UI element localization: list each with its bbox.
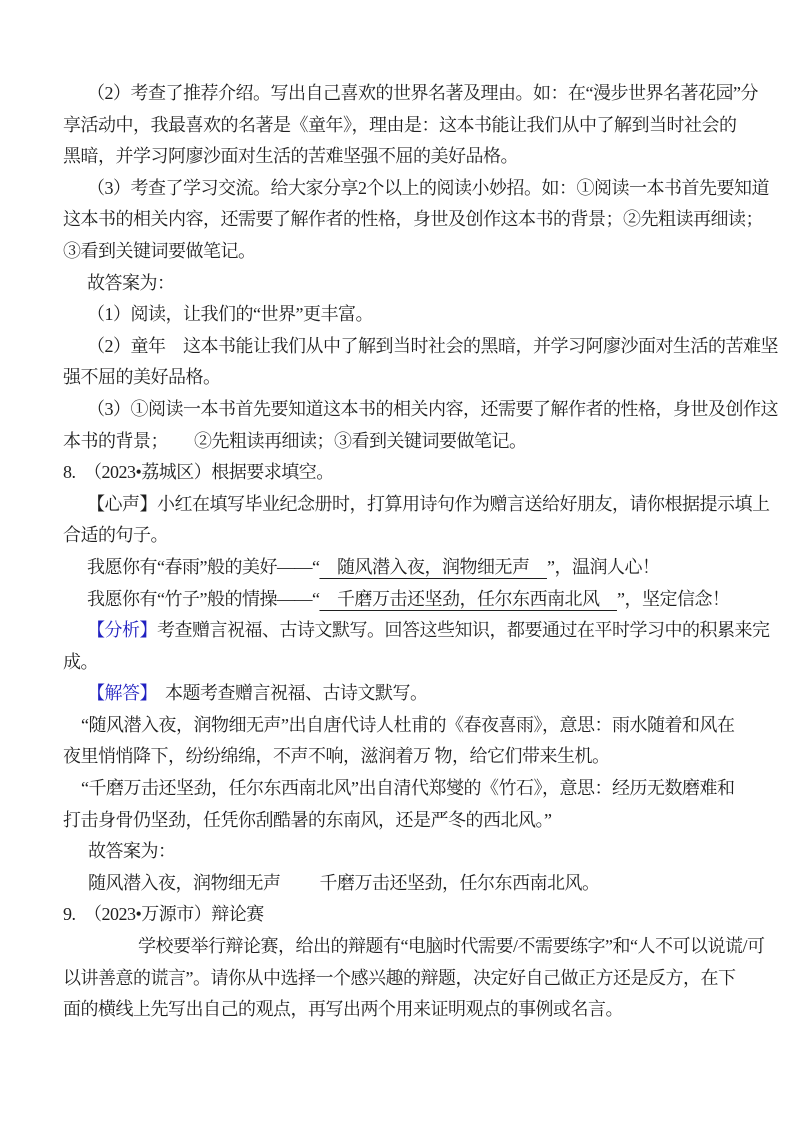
text-line-26: 随风潜入夜，润物细无声 千磨万击还坚劲，任尔东西南北风。	[63, 868, 763, 900]
document-page: （2）考查了推荐介绍。写出自己喜欢的世界名著及理由。如：在“漫步世界名著花园”分…	[0, 0, 794, 1123]
text-segment: 打击身骨仍坚劲，任凭你刮酷暑的东南风，还是严冬的西北风。”	[63, 810, 552, 830]
text-segment: 【心声】小红在填写毕业纪念册时，打算用诗句作为赠言送给好朋友，请你根据提示填上	[87, 494, 770, 514]
text-line-27: 9. （2023•万源市）辩论赛	[63, 899, 763, 931]
text-segment: 合适的句子。	[63, 525, 168, 545]
text-segment: 故答案为：	[87, 273, 175, 293]
text-segment: （1）阅读，让我们的“世界”更丰富。	[87, 304, 373, 324]
section-label: 【解答】	[87, 683, 157, 703]
text-line-11: （3）①阅读一本书首先要知道这本书的相关内容，还需要了解作者的性格，身世及创作这	[63, 394, 763, 426]
text-segment: 我愿你有“竹子”般的情操——“	[87, 589, 319, 609]
text-line-7: 故答案为：	[63, 268, 763, 300]
answer-blank-filled: 随风潜入夜，润物细无声	[319, 557, 547, 577]
text-line-19: 成。	[63, 647, 763, 679]
text-segment: “随风潜入夜，润物细无声”出自唐代诗人杜甫的《春夜喜雨》，意思：雨水随着和风在	[81, 715, 734, 735]
text-line-18: 【分析】考查赠言祝福、古诗文默写。回答这些知识，都要通过在平时学习中的积累来完	[63, 615, 763, 647]
text-segment: 学校要举行辩论赛，给出的辩题有“电脑时代需要/不需要练字”和“人不可以说谎/可	[138, 936, 764, 956]
answer-blank-filled: 千磨万击还坚劲，任尔东西南北风	[319, 589, 617, 609]
text-line-17: 我愿你有“竹子”般的情操——“ 千磨万击还坚劲，任尔东西南北风 ”，坚定信念！	[63, 584, 763, 616]
text-line-22: 夜里悄悄降下，纷纷绵绵，不声不响，滋润着万 物，给它们带来生机。	[63, 741, 763, 773]
text-segment: 面的横线上先写出自己的观点，再写出两个用来证明观点的事例或名言。	[63, 999, 623, 1019]
text-line-3: 黑暗，并学习阿廖沙面对生活的苦难坚强不屈的美好品格。	[63, 141, 763, 173]
text-segment: 我愿你有“春雨”般的美好——“	[87, 557, 319, 577]
text-segment: 黑暗，并学习阿廖沙面对生活的苦难坚强不屈的美好品格。	[63, 146, 518, 166]
text-segment: 这本书的相关内容，还需要了解作者的性格，身世及创作这本书的背景；②先粗读再细读；	[63, 209, 763, 229]
text-segment: 考查赠言祝福、古诗文默写。回答这些知识，都要通过在平时学习中的积累来完	[157, 620, 770, 640]
text-segment: 随风潜入夜，润物细无声 千磨万击还坚劲，任尔东西南北风。	[88, 873, 600, 893]
text-line-14: 【心声】小红在填写毕业纪念册时，打算用诗句作为赠言送给好朋友，请你根据提示填上	[63, 489, 763, 521]
text-line-10: 强不屈的美好品格。	[63, 362, 763, 394]
text-line-25: 故答案为：	[63, 836, 763, 868]
text-segment: 享活动中，我最喜欢的名著是《童年》，理由是：这本书能让我们从中了解到当时社会的	[63, 115, 737, 135]
text-line-13: 8. （2023•荔城区）根据要求填空。	[63, 457, 763, 489]
text-line-23: “千磨万击还坚劲，任尔东西南北风”出自清代郑燮的《竹石》，意思：经历无数磨难和	[63, 773, 763, 805]
text-line-15: 合适的句子。	[63, 520, 763, 552]
text-line-4: （3）考查了学习交流。给大家分享2个以上的阅读小妙招。如：①阅读一本书首先要知道	[63, 173, 763, 205]
text-line-2: 享活动中，我最喜欢的名著是《童年》，理由是：这本书能让我们从中了解到当时社会的	[63, 110, 763, 142]
text-line-21: “随风潜入夜，润物细无声”出自唐代诗人杜甫的《春夜喜雨》，意思：雨水随着和风在	[63, 710, 763, 742]
text-segment: （2）考查了推荐介绍。写出自己喜欢的世界名著及理由。如：在“漫步世界名著花园”分	[87, 83, 758, 103]
text-segment: 8. （2023•荔城区）根据要求填空。	[63, 462, 334, 482]
text-segment: 强不屈的美好品格。	[63, 367, 221, 387]
text-line-6: ③看到关键词要做笔记。	[63, 236, 763, 268]
text-segment: 9. （2023•万源市）辩论赛	[63, 904, 264, 924]
text-segment: 成。	[63, 652, 98, 672]
text-segment: 本书的背景； ②先粗读再细读；③看到关键词要做笔记。	[63, 431, 527, 451]
text-line-20: 【解答】 本题考查赠言祝福、古诗文默写。	[63, 678, 763, 710]
text-line-1: （2）考查了推荐介绍。写出自己喜欢的世界名著及理由。如：在“漫步世界名著花园”分	[63, 78, 763, 110]
text-line-24: 打击身骨仍坚劲，任凭你刮酷暑的东南风，还是严冬的西北风。”	[63, 805, 763, 837]
text-segment: “千磨万击还坚劲，任尔东西南北风”出自清代郑燮的《竹石》，意思：经历无数磨难和	[81, 778, 734, 798]
text-segment: ”，坚定信念！	[617, 589, 730, 609]
document-body: （2）考查了推荐介绍。写出自己喜欢的世界名著及理由。如：在“漫步世界名著花园”分…	[63, 78, 763, 1026]
text-line-9: （2）童年 这本书能让我们从中了解到当时社会的黑暗，并学习阿廖沙面对生活的苦难坚	[63, 331, 763, 363]
text-segment: 以讲善意的谎言”。请你从中选择一个感兴趣的辩题，决定好自己做正方还是反方，在下	[63, 968, 736, 988]
section-label: 【分析】	[87, 620, 157, 640]
text-line-30: 面的横线上先写出自己的观点，再写出两个用来证明观点的事例或名言。	[63, 994, 763, 1026]
text-segment: 故答案为：	[88, 841, 176, 861]
text-line-8: （1）阅读，让我们的“世界”更丰富。	[63, 299, 763, 331]
text-segment: 夜里悄悄降下，纷纷绵绵，不声不响，滋润着万 物，给它们带来生机。	[63, 746, 610, 766]
text-segment: 本题考查赠言祝福、古诗文默写。	[157, 683, 428, 703]
text-segment: （2）童年 这本书能让我们从中了解到当时社会的黑暗，并学习阿廖沙面对生活的苦难坚	[87, 336, 778, 356]
text-line-12: 本书的背景； ②先粗读再细读；③看到关键词要做笔记。	[63, 426, 763, 458]
text-segment: （3）①阅读一本书首先要知道这本书的相关内容，还需要了解作者的性格，身世及创作这	[87, 399, 778, 419]
text-line-5: 这本书的相关内容，还需要了解作者的性格，身世及创作这本书的背景；②先粗读再细读；	[63, 204, 763, 236]
text-segment: ”，温润人心！	[547, 557, 660, 577]
text-segment: ③看到关键词要做笔记。	[63, 241, 256, 261]
text-line-29: 以讲善意的谎言”。请你从中选择一个感兴趣的辩题，决定好自己做正方还是反方，在下	[63, 963, 763, 995]
text-line-16: 我愿你有“春雨”般的美好——“ 随风潜入夜，润物细无声 ”，温润人心！	[63, 552, 763, 584]
text-line-28: 学校要举行辩论赛，给出的辩题有“电脑时代需要/不需要练字”和“人不可以说谎/可	[63, 931, 763, 963]
text-segment: （3）考查了学习交流。给大家分享2个以上的阅读小妙招。如：①阅读一本书首先要知道	[87, 178, 769, 198]
